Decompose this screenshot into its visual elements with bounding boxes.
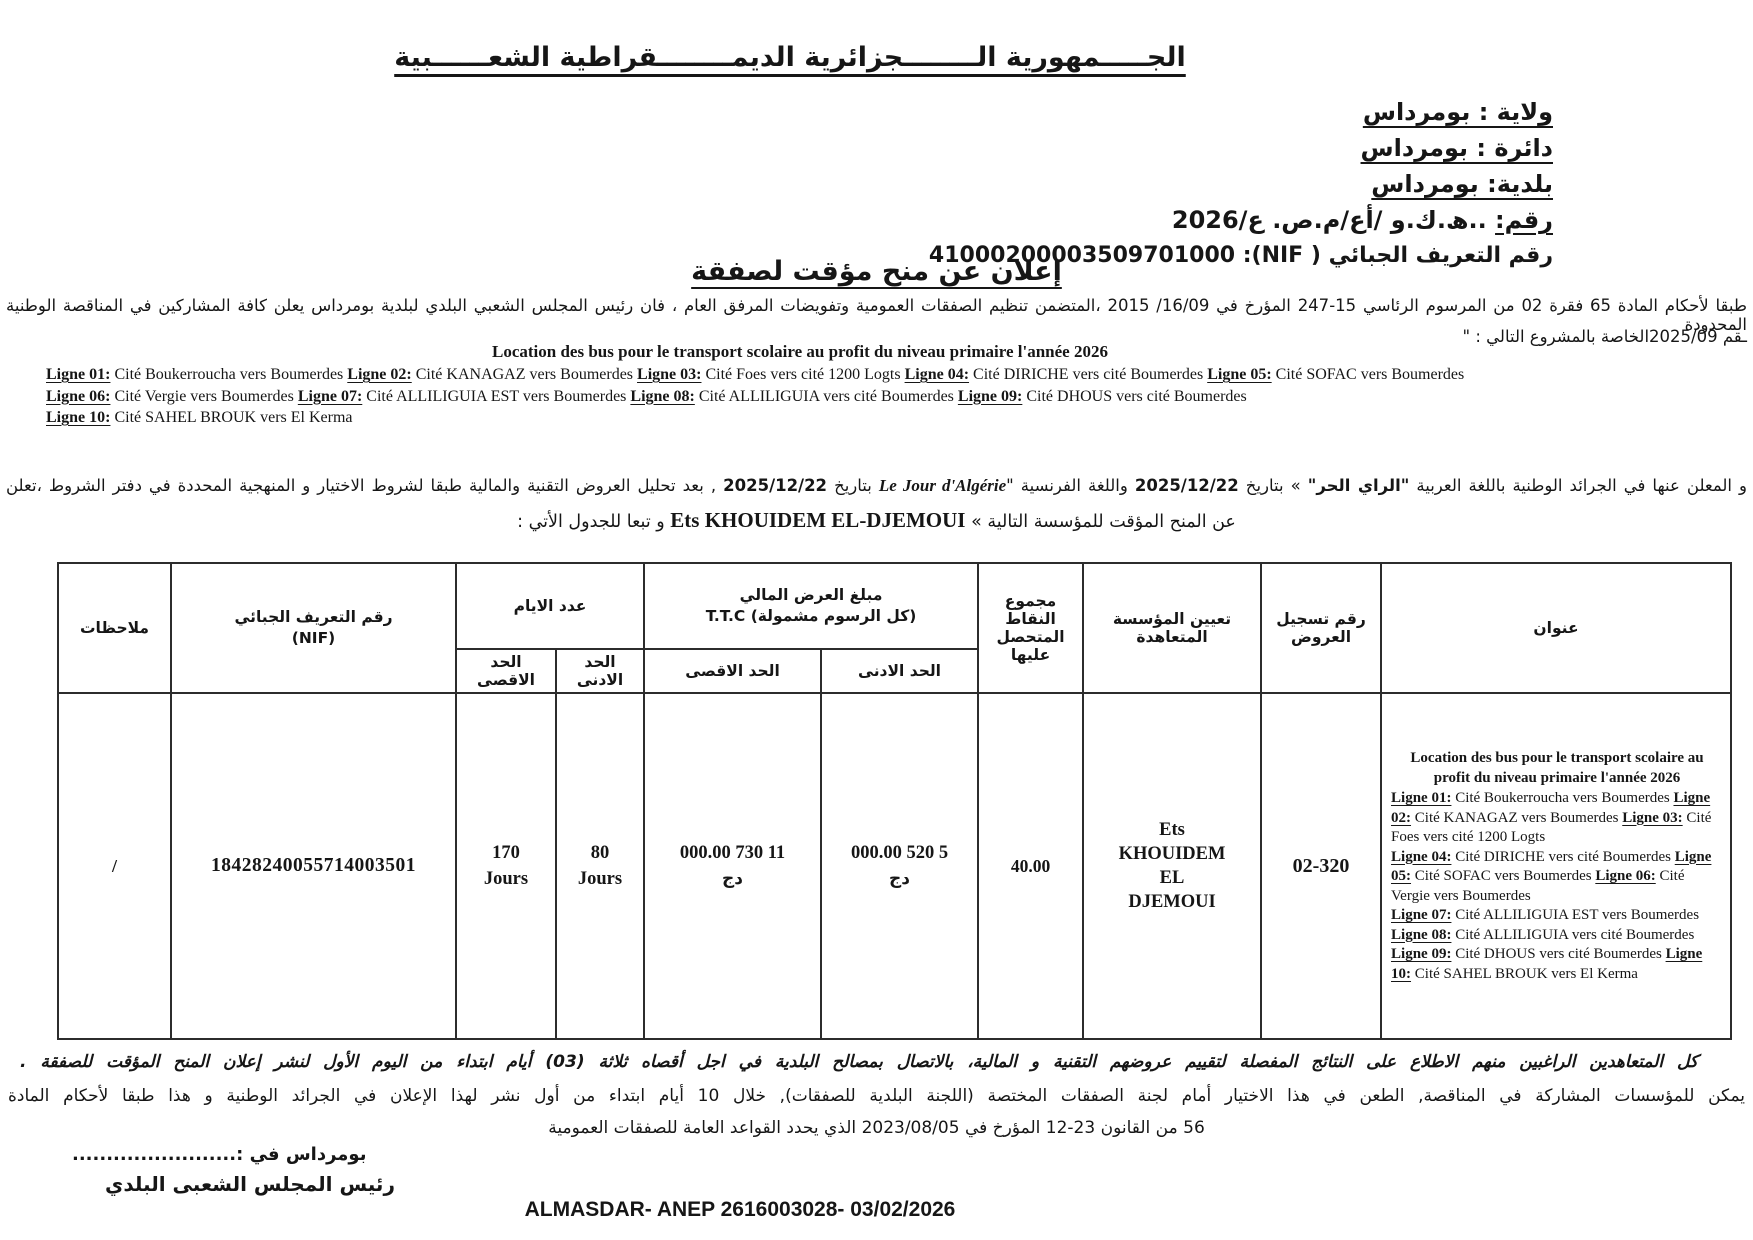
bus-line-label: Ligne 05: [1207,366,1271,383]
bus-line-text: Cité KANAGAZ vers Boumerdes [1411,810,1622,826]
nif-cell: 18428240055714003501 [171,693,456,1039]
header-notes: ملاحظات [58,563,171,693]
daira-line: دائرة : بومرداس [929,130,1553,166]
bus-line-label: Ligne 04: [905,366,969,383]
bus-line-item: Ligne 01: Cité Boukerroucha vers Boumerd… [1391,790,1673,806]
french-publication-date: 2025/12/22 [723,476,827,495]
bus-line-label: Ligne 08: [630,388,694,405]
days-max-value: 170 [457,840,555,866]
bus-line-label: Ligne 06: [1595,868,1655,884]
header-nif-line2: (NIF) [174,628,453,649]
press-seg3: واللغة الفرنسية " [1006,476,1135,495]
arabic-newspaper-name: "الراي الحر" [1308,476,1410,495]
bus-line-label: Ligne 01: [46,366,110,383]
commune-line: بلدية: بومرداس [929,166,1553,202]
header-offer-number: رقم تسجيل العروض [1261,563,1381,693]
bus-line-text: Cité DHOUS vers cité Boumerdes [1022,388,1246,405]
closing-paragraph-3: 56 من القانون 23-12 المؤرخ في 2023/08/05… [0,1118,1753,1138]
closing-paragraph-2: يمكن للمؤسسات المشاركة في المناقصة, الطع… [8,1086,1745,1106]
bus-line-label: Ligne 04: [1391,849,1451,865]
address-cell: Location des bus pour le transport scola… [1381,693,1731,1039]
bus-line-item: Ligne 03: Cité Foes vers cité 1200 Logts [637,366,905,383]
bus-line-label: Ligne 06: [46,388,110,405]
bus-line-label: Ligne 09: [958,388,1022,405]
header-days-min: الحد الادنى [556,649,644,693]
bus-line-text: Cité SOFAC vers Boumerdes [1411,868,1592,884]
days-max-cell: 170 Jours [456,693,556,1039]
header-amount-group: مبلغ العرض المالي T.T.C (كل الرسوم مشمول… [644,563,978,649]
bus-line-item: Ligne 07: Cité ALLILIGUIA EST vers Boume… [1391,907,1699,923]
bus-line-text: Cité Boukerroucha vers Boumerdes [1451,790,1673,806]
days-min-value: 80 [557,840,643,866]
amount-min-currency: دج [822,866,977,892]
header-amount-max: الحد الاقصى [644,649,821,693]
bus-line-text: Cité SAHEL BROUK vers El Kerma [110,409,352,426]
wilaya-line: ولاية : بومرداس [929,94,1553,130]
header-nif-group: رقم التعريف الجبائي (NIF) [171,563,456,693]
award-seg1: عن المنح المؤقت للمؤسسة التالية » [971,512,1236,532]
header-days-max: الحد الاقصى [456,649,556,693]
bus-line-text: Cité Vergie vers Boumerdes [110,388,297,405]
amount-min-cell: 5 520 000.00 دج [821,693,978,1039]
bus-line-text: Cité KANAGAZ vers Boumerdes [412,366,637,383]
bus-line-text: Cité ALLILIGUIA vers cité Boumerdes [1451,927,1694,943]
notice-title: إعلان عن منح مؤقت لصفقة [0,256,1753,287]
award-seg2: و تبعا للجدول الأتي : [517,512,665,532]
bus-line-item: Ligne 01: Cité Boukerroucha vers Boumerd… [46,366,347,383]
amount-min-value: 5 520 000.00 [822,840,977,866]
press-seg4: بتاريخ [827,476,879,495]
ref-number-line: رقم: ..ھ.ك.و /أع/م.ص. ع/2026 [929,202,1553,238]
notes-cell: / [58,693,171,1039]
ref-number-label: رقم: [1495,206,1553,234]
bus-line-text: Cité ALLILIGUIA EST vers Boumerdes [1451,907,1699,923]
days-max-unit: Jours [457,866,555,892]
bus-line-text: Cité Boukerroucha vers Boumerdes [110,366,347,383]
bus-line-label: Ligne 10: [46,409,110,426]
bus-line-text: Cité ALLILIGUIA EST vers Boumerdes [362,388,630,405]
days-min-unit: Jours [557,866,643,892]
bus-line-item: Ligne 09: Cité DHOUS vers cité Boumerdes [958,388,1247,405]
company-cell: Ets KHOUIDEM EL DJEMOUI [1083,693,1261,1039]
bus-line-label: Ligne 07: [298,388,362,405]
bus-line-text: Cité Foes vers cité 1200 Logts [701,366,904,383]
bus-line-item: Ligne 04: Cité DIRICHE vers cité Boumerd… [905,366,1208,383]
admin-header-block: ولاية : بومرداس دائرة : بومرداس بلدية: ب… [929,94,1553,274]
bus-line-text: Cité DIRICHE vers cité Boumerdes [969,366,1207,383]
anep-footer: ALMASDAR- ANEP 2616003028- 03/02/2026 [0,1198,1480,1222]
header-points: مجموع النقاط المتحصل عليها [978,563,1083,693]
amount-max-value: 11 730 000.00 [645,840,820,866]
awarded-company-name: Ets KHOUIDEM EL-DJEMOUI [670,508,965,532]
bus-line-text: Cité DHOUS vers cité Boumerdes [1451,946,1661,962]
french-newspaper-name: Le Jour d'Algérie [879,476,1006,495]
header-amount-min: الحد الادنى [821,649,978,693]
table-header-row-1: عنوان رقم تسجيل العروض تعيين المؤسسة الم… [58,563,1731,649]
press-publication-line: و المعلن عنها في الجرائد الوطنية باللغة … [6,476,1747,496]
bus-lines-paragraph: Ligne 01: Cité Boukerroucha vers Boumerd… [46,364,1748,429]
bus-line-item: Ligne 08: Cité ALLILIGUIA vers cité Boum… [1391,927,1694,943]
bus-line-label: Ligne 03: [1622,810,1682,826]
bus-line-item: Ligne 07: Cité ALLILIGUIA EST vers Boume… [298,388,631,405]
offer-number-cell: 02-320 [1261,693,1381,1039]
bus-line-label: Ligne 03: [637,366,701,383]
header-company: تعيين المؤسسة المتعاهدة [1083,563,1261,693]
bus-line-label: Ligne 07: [1391,907,1451,923]
bus-line-item: Ligne 05: Cité SOFAC vers Boumerdes [1207,366,1464,383]
bus-line-item: Ligne 06: Cité Vergie vers Boumerdes [46,388,298,405]
bus-lines-in-cell: Ligne 01: Cité Boukerroucha vers Boumerd… [1391,789,1723,984]
table-data-row: Location des bus pour le transport scola… [58,693,1731,1039]
bus-line-item: Ligne 04: Cité DIRICHE vers cité Boumerd… [1391,849,1675,865]
bus-line-item: Ligne 10: Cité SAHEL BROUK vers El Kerma [46,409,353,426]
amount-max-cell: 11 730 000.00 دج [644,693,821,1039]
header-days-group: عدد الايام [456,563,644,649]
bus-line-text: Cité SAHEL BROUK vers El Kerma [1411,966,1638,982]
bus-line-item: Ligne 02: Cité KANAGAZ vers Boumerdes [347,366,637,383]
place-and-date-line: بومرداس في :........................ [72,1144,366,1165]
bus-line-text: Cité SOFAC vers Boumerdes [1272,366,1465,383]
award-company-line: عن المنح المؤقت للمؤسسة التالية » Ets KH… [0,508,1753,533]
bus-line-text: Cité ALLILIGUIA vers cité Boumerdes [695,388,958,405]
header-amount-line2: T.T.C (كل الرسوم مشمولة) [647,606,975,627]
press-seg1: و المعلن عنها في الجرائد الوطنية باللغة … [1409,476,1747,495]
republic-title: الجـــــمهورية الــــــــجزائرية الديمــ… [160,42,1420,73]
signature-title: رئيس المجلس الشعبى البلدي [105,1172,395,1196]
closing-paragraph-1: كل المتعاهدين الراغبين منهم الاطلاع على … [20,1052,1733,1072]
points-cell: 40.00 [978,693,1083,1039]
amount-max-currency: دج [645,866,820,892]
arabic-publication-date: 2025/12/22 [1135,476,1239,495]
bus-line-text: Cité DIRICHE vers cité Boumerdes [1451,849,1674,865]
bus-line-label: Ligne 08: [1391,927,1451,943]
header-nif-line1: رقم التعريف الجبائي [174,607,453,628]
bus-line-label: Ligne 02: [347,366,411,383]
header-address: عنوان [1381,563,1731,693]
project-title-in-cell: Location des bus pour le transport scola… [1391,748,1723,788]
scanned-award-notice-page: الجـــــمهورية الــــــــجزائرية الديمــ… [0,0,1753,1240]
bus-line-label: Ligne 01: [1391,790,1451,806]
days-min-cell: 80 Jours [556,693,644,1039]
header-amount-line1: مبلغ العرض المالي [647,585,975,606]
press-seg5: , بعد تحليل العروض التقنية والمالية طبقا… [6,476,723,495]
bus-line-item: Ligne 08: Cité ALLILIGUIA vers cité Boum… [630,388,958,405]
bus-line-item: Ligne 09: Cité DHOUS vers cité Boumerdes [1391,946,1662,962]
press-seg2: » بتاريخ [1239,476,1308,495]
project-title: Location des bus pour le transport scola… [0,342,1600,362]
bus-line-label: Ligne 09: [1391,946,1451,962]
ref-number-value: ..ھ.ك.و /أع/م.ص. ع/2026 [1172,206,1495,234]
award-table: عنوان رقم تسجيل العروض تعيين المؤسسة الم… [57,562,1732,1040]
